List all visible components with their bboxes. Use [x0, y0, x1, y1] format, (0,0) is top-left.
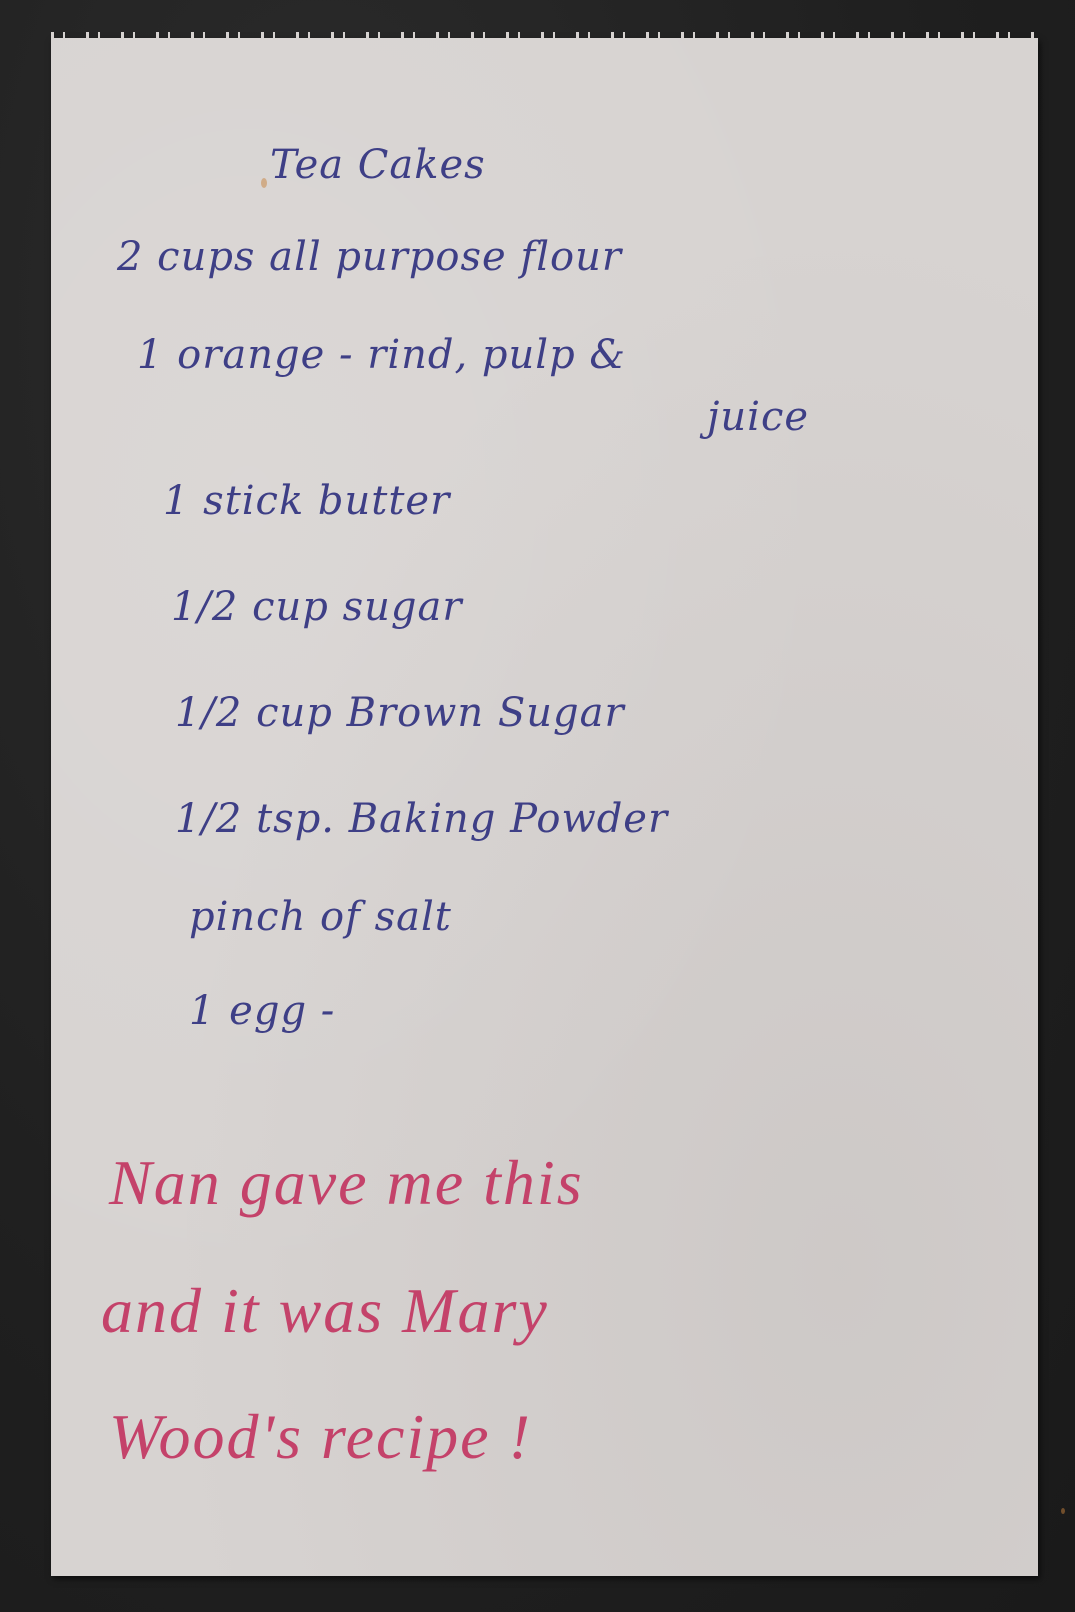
ingredient-orange-juice: juice	[707, 394, 809, 440]
note-line-3: Wood's recipe !	[109, 1400, 532, 1474]
ingredient-sugar: 1/2 cup sugar	[171, 584, 462, 630]
note-line-1: Nan gave me this	[109, 1146, 584, 1220]
ingredient-baking-powder: 1/2 tsp. Baking Powder	[175, 796, 668, 842]
paper-stain	[1061, 1508, 1065, 1514]
ingredient-orange: 1 orange - rind, pulp &	[137, 332, 626, 378]
ingredient-egg: 1 egg -	[189, 988, 335, 1034]
ingredient-butter: 1 stick butter	[163, 478, 450, 524]
ingredient-salt: pinch of salt	[189, 894, 452, 940]
recipe-paper: Tea Cakes 2 cups all purpose flour 1 ora…	[51, 38, 1038, 1576]
recipe-title: Tea Cakes	[270, 142, 486, 188]
note-line-2: and it was Mary	[101, 1274, 549, 1348]
perforated-edge	[51, 32, 1038, 40]
paper-stain	[261, 178, 267, 188]
ingredient-flour: 2 cups all purpose flour	[117, 234, 622, 280]
ingredient-brown-sugar: 1/2 cup Brown Sugar	[175, 690, 625, 736]
